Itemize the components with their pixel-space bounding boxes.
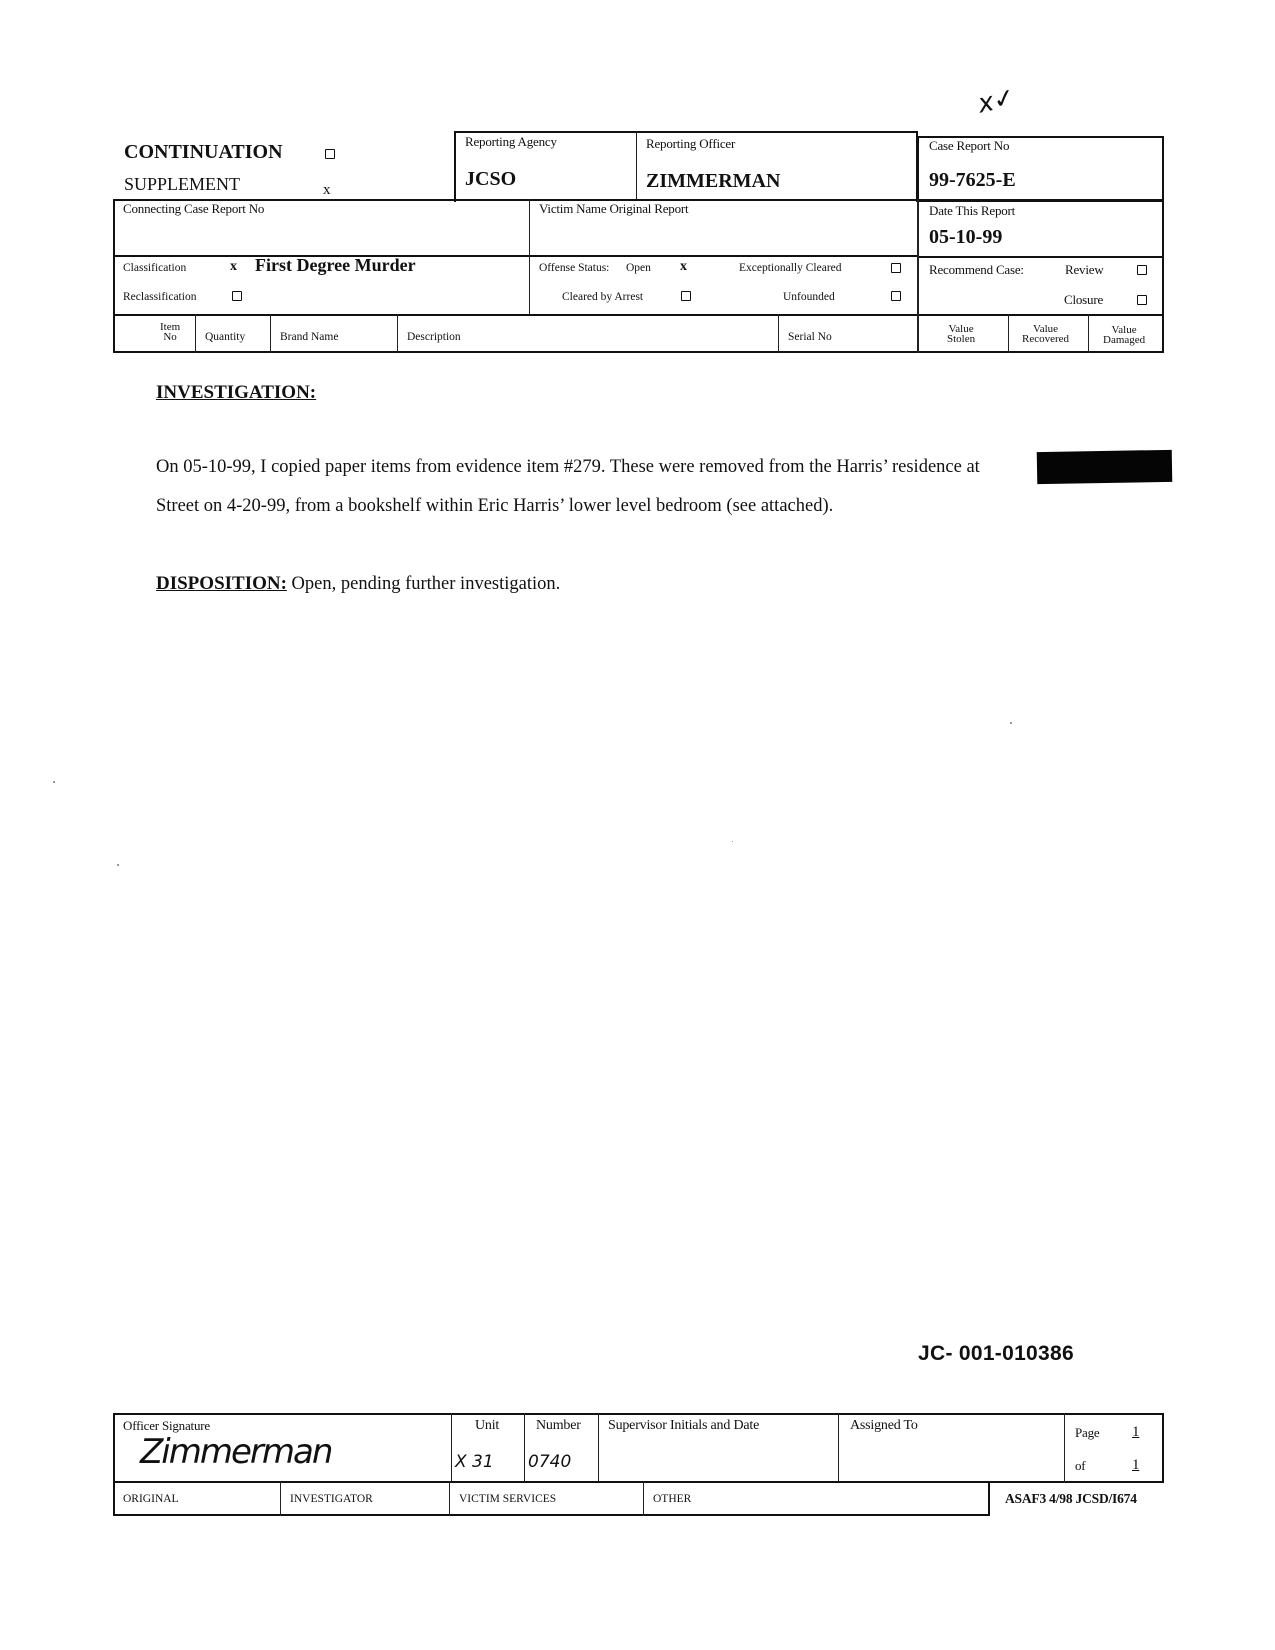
of-value: 1 [1132, 1457, 1139, 1474]
supplement-mark: x [323, 182, 331, 199]
officer-signature: Zimmerman [140, 1432, 331, 1472]
continuation-label: CONTINUATION [124, 141, 283, 164]
form-code: ASAF3 4/98 JCSD/I674 [1005, 1491, 1137, 1507]
offense-status-label: Offense Status: [539, 262, 609, 274]
value-stolen-header: ValueStolen [947, 324, 975, 344]
redaction-block [1037, 450, 1173, 484]
brand-name-header: Brand Name [280, 331, 338, 343]
date-this-report-label: Date This Report [929, 203, 1015, 219]
divider [643, 1481, 644, 1516]
case-report-no-label: Case Report No [929, 138, 1009, 154]
disposition-heading: DISPOSITION: [156, 573, 287, 594]
divider [917, 256, 1164, 258]
number-value: 0740 [528, 1452, 571, 1472]
scan-speck [53, 781, 55, 783]
divider [524, 1413, 525, 1483]
reclassification-label: Reclassification [123, 291, 196, 303]
divider [1088, 314, 1089, 353]
bates-number: JC- 001-010386 [918, 1342, 1074, 1366]
supervisor-label: Supervisor Initials and Date [608, 1418, 759, 1434]
reporting-officer-label: Reporting Officer [646, 136, 735, 152]
victim-name-field[interactable] [539, 222, 909, 248]
unfounded-label: Unfounded [783, 291, 835, 303]
unit-label: Unit [475, 1418, 499, 1434]
victim-name-label: Victim Name Original Report [539, 201, 688, 217]
cleared-by-arrest-label: Cleared by Arrest [562, 291, 643, 303]
assigned-to-label: Assigned To [850, 1418, 918, 1434]
reporting-agency-value: JCSO [465, 168, 516, 191]
divider [917, 199, 919, 353]
serial-no-header: Serial No [788, 331, 832, 343]
reclassification-checkbox[interactable] [232, 291, 242, 301]
number-label: Number [536, 1418, 581, 1434]
review-label: Review [1065, 262, 1104, 278]
supplement-label: SUPPLEMENT [124, 174, 240, 195]
unfounded-checkbox[interactable] [891, 291, 901, 301]
value-recovered-header: ValueRecovered [1022, 324, 1069, 344]
scan-speck [1010, 722, 1012, 724]
divider [598, 1413, 599, 1483]
scan-speck [117, 864, 119, 866]
recommend-case-label: Recommend Case: [929, 262, 1024, 278]
of-label: of [1075, 1458, 1085, 1474]
offense-open-mark: x [680, 259, 687, 275]
classification-value: First Degree Murder [255, 255, 416, 276]
page-value: 1 [1132, 1424, 1139, 1441]
divider [1008, 314, 1009, 353]
date-this-report-value: 05-10-99 [929, 226, 1002, 249]
quantity-header: Quantity [205, 331, 245, 343]
continuation-checkbox[interactable] [325, 149, 335, 159]
closure-label: Closure [1064, 292, 1103, 308]
classification-label: Classification [123, 262, 186, 274]
divider [195, 314, 196, 353]
divider [838, 1413, 839, 1483]
classification-mark: x [230, 259, 237, 275]
handwritten-check-icon: x✓ [975, 82, 1018, 119]
value-damaged-header: ValueDamaged [1103, 325, 1145, 345]
investigation-paragraph-line-1: On 05-10-99, I copied paper items from e… [156, 457, 980, 478]
divider [1064, 1413, 1065, 1483]
divider [778, 314, 779, 353]
divider [449, 1481, 450, 1516]
investigation-heading: INVESTIGATION: [156, 382, 316, 404]
divider [113, 255, 917, 257]
copy-other: OTHER [653, 1493, 691, 1505]
divider [280, 1481, 281, 1516]
investigation-paragraph-line-2: Street on 4-20-99, from a bookshelf with… [156, 496, 833, 517]
page-label: Page [1075, 1425, 1099, 1441]
divider [636, 131, 637, 201]
item-no-header: ItemNo [160, 322, 180, 342]
divider [270, 314, 271, 353]
copy-original: ORIGINAL [123, 1493, 179, 1505]
reporting-officer-value: ZIMMERMAN [646, 170, 780, 193]
disposition-text: Open, pending further investigation. [287, 574, 560, 594]
exceptionally-cleared-checkbox[interactable] [891, 263, 901, 273]
closure-checkbox[interactable] [1137, 295, 1147, 305]
divider [397, 314, 398, 353]
connecting-case-label: Connecting Case Report No [123, 201, 264, 217]
exceptionally-cleared-label: Exceptionally Cleared [739, 262, 842, 274]
review-checkbox[interactable] [1137, 265, 1147, 275]
divider [529, 199, 530, 314]
divider [451, 1413, 452, 1483]
offense-open-label: Open [626, 262, 651, 274]
scan-speck [732, 841, 733, 842]
unit-value: X 31 [455, 1452, 494, 1472]
cleared-by-arrest-checkbox[interactable] [681, 291, 691, 301]
reporting-agency-label: Reporting Agency [465, 134, 557, 150]
case-report-no-value: 99-7625-E [929, 169, 1016, 192]
connecting-case-field[interactable] [123, 222, 518, 248]
copy-investigator: INVESTIGATOR [290, 1493, 373, 1505]
description-header: Description [407, 331, 461, 343]
copy-victim-services: VICTIM SERVICES [459, 1493, 556, 1505]
disposition: DISPOSITION: Open, pending further inves… [156, 573, 560, 595]
